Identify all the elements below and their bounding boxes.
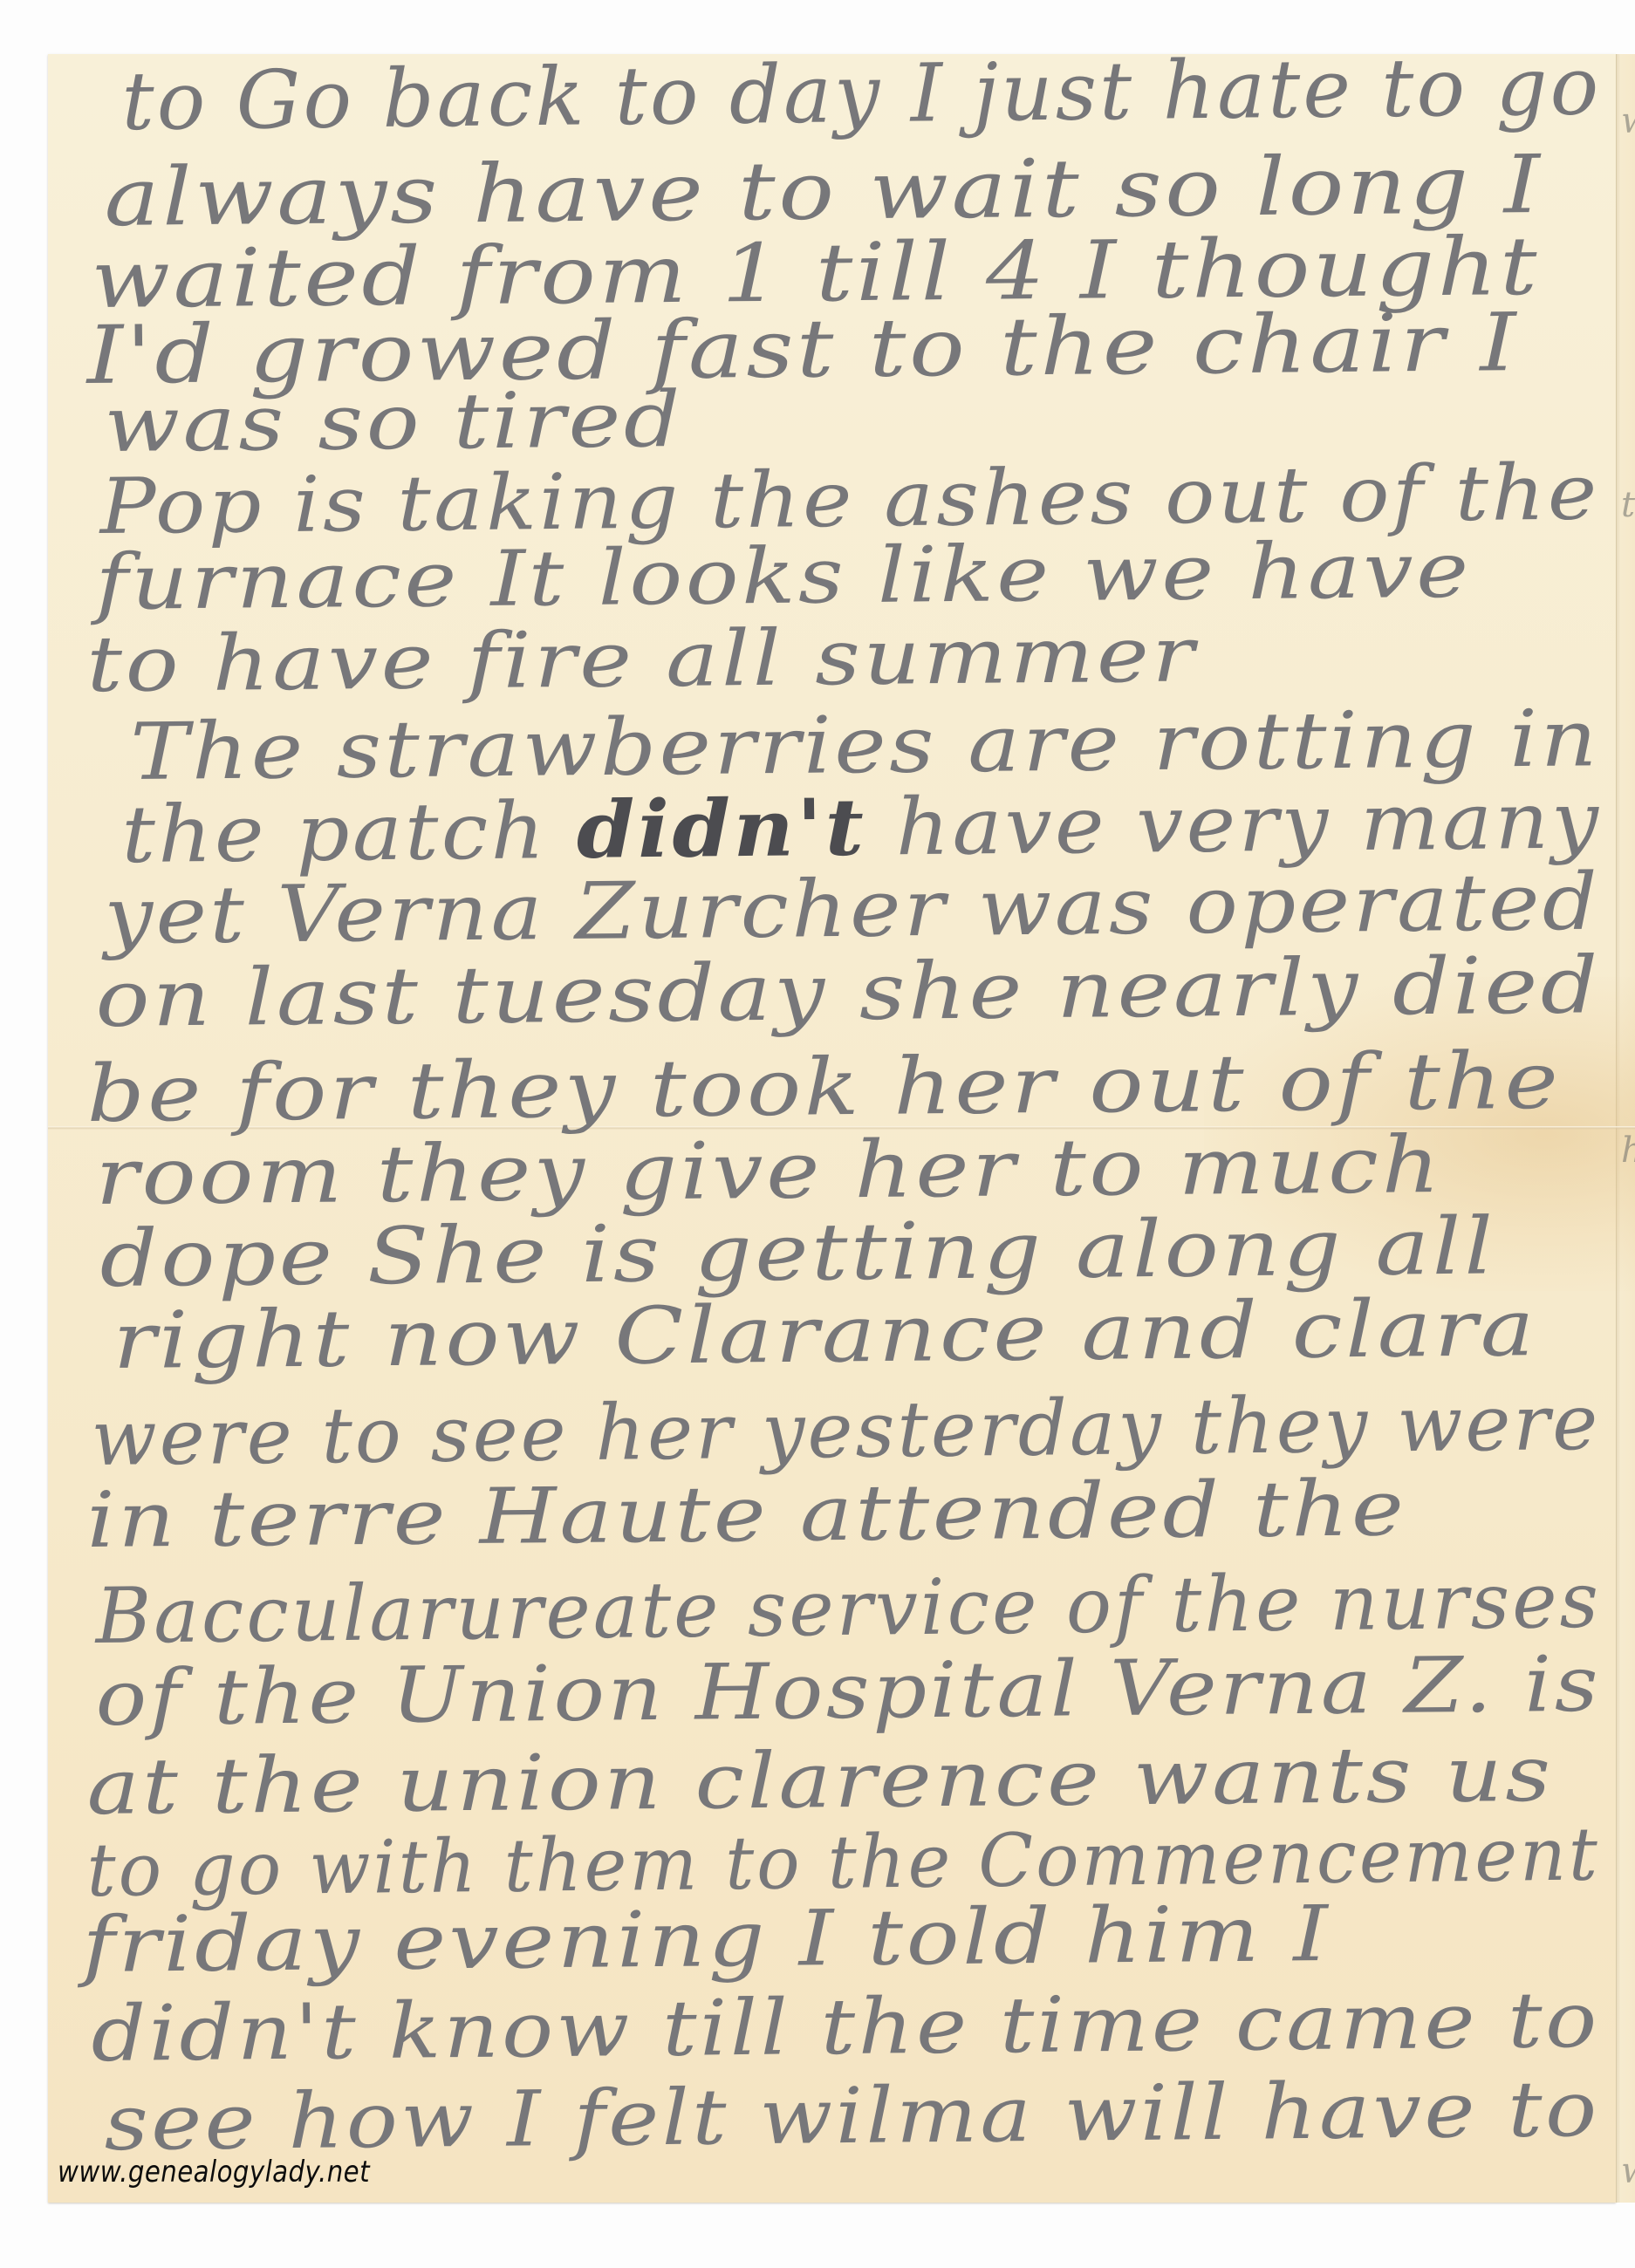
handwritten-line: was so tired (104, 381, 684, 463)
website-watermark: www.genealogylady.net (58, 2155, 370, 2189)
adjacent-page-text-fragment: wr (1621, 101, 1635, 141)
handwritten-line: see how I felt wilma will have to (104, 2071, 1600, 2162)
handwritten-line: didn't know till the time came to (91, 1982, 1600, 2073)
pencil-overwrite-correction: didn't (576, 782, 866, 877)
handwritten-line: of the Union Hospital Verna Z. is (95, 1645, 1601, 1736)
handwritten-line: to have fire all summer (86, 616, 1198, 703)
adjacent-page-text-fragment: ha (1621, 1131, 1635, 1171)
adjacent-page-text-fragment: th (1621, 485, 1635, 525)
handwritten-line: in terre Haute attended the (86, 1470, 1407, 1559)
handwritten-line: on last tuesday she nearly died (95, 946, 1601, 1039)
handwritten-line: to Go back to day I just hate to go (121, 46, 1602, 142)
handwritten-line: right now Clarance and clara (113, 1289, 1537, 1381)
handwritten-line: at the union clarence wants us (86, 1736, 1554, 1826)
handwritten-line: furnace It looks like we have (95, 531, 1472, 620)
handwritten-line: friday evening I told him I (82, 1896, 1331, 1984)
adjacent-page-text-fragment: wo (1621, 2151, 1635, 2191)
